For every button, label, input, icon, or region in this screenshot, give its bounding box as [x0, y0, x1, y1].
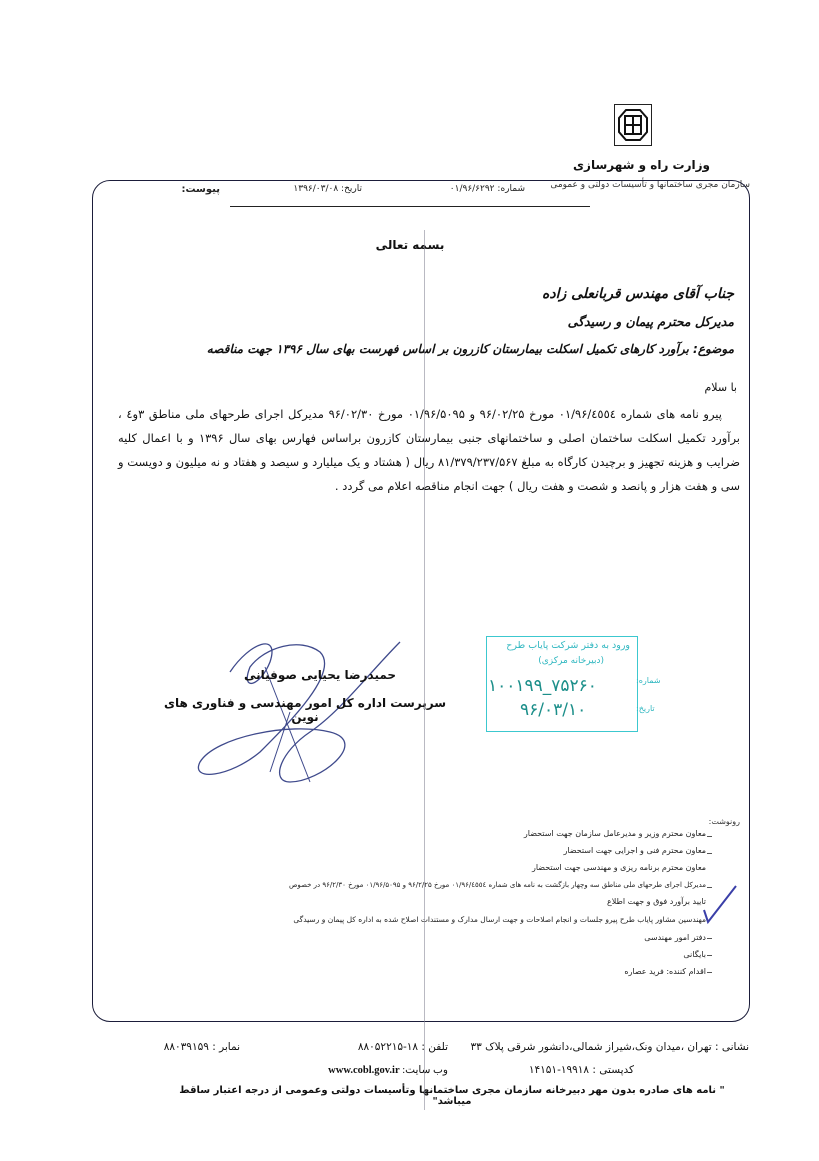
copy-item: مهندسین مشاور پایاب طرح پیرو جلسات و انج… [293, 915, 706, 924]
copy-item: معاون محترم فنی و اجرایی جهت استحضار [563, 846, 706, 855]
footer-validity-note: " نامه های صادره بدون مهر دبیرخانه سازما… [172, 1085, 732, 1107]
footer-address: نشانی : تهران ،میدان ونک،شیراز شمالی،دان… [471, 1041, 749, 1053]
letter-date: تاریخ: ۱۳۹۶/۰۳/۰۸ [232, 184, 362, 194]
stamp-number-label: شماره: [636, 676, 661, 685]
stamp-date-label: تاریخ: [636, 704, 655, 713]
signatory-title: سرپرست اداره کل امور مهندسی و فناوری های… [150, 696, 460, 724]
greeting: با سلام [704, 381, 737, 394]
copies-list: معاون محترم وزیر و مدیرعامل سازمان جهت ا… [186, 829, 706, 979]
copies-title: رونوشت: [700, 817, 740, 826]
copy-item: بایگانی [683, 950, 706, 959]
date-value: ۱۳۹۶/۰۳/۰۸ [293, 184, 338, 194]
stamp-number: ۱۰۰۱۹۹_۷۵۲۶۰ [488, 676, 628, 696]
date-label: تاریخ: [341, 184, 362, 194]
website-label: وب سایت: [402, 1065, 448, 1076]
letter-number: شماره: ۰۱/۹۶/۶۲۹۲ [385, 184, 525, 194]
copy-item: مدیرکل اجرای طرحهای ملی مناطق سه وچهار ب… [289, 881, 706, 889]
ministry-emblem-icon [614, 104, 652, 146]
body-paragraph: پیرو نامه های شماره ۰۱/۹۶/٤٥٥٤ مورخ ۹۶/۰… [118, 402, 740, 498]
header-divider [230, 206, 590, 207]
checkmark-icon [700, 882, 740, 926]
stamp-date: ۹۶/۰۳/۱۰ [520, 700, 630, 720]
website-link[interactable]: www.cobl.gov.ir [328, 1065, 399, 1076]
attachment-label: پیوست: [160, 184, 220, 195]
footer-phone: تلفن : ۱۸-۸۸۰۵۲۲۱۵ [298, 1041, 448, 1053]
number-value: ۰۱/۹۶/۶۲۹۲ [450, 184, 495, 194]
bullet-icon [707, 938, 712, 939]
stamp-line2: (دبیرخانه مرکزی) [494, 656, 604, 666]
footer-postal-code: کدپستی : ۱۹۹۱۸-۱۴۱۵۱ [529, 1064, 634, 1076]
copy-item: تایید برآورد فوق و جهت اطلاع [607, 897, 706, 906]
addressee-name: جناب آقای مهندس قربانعلی زاده [542, 286, 734, 302]
copy-item: اقدام کننده: فرید عصاره [624, 967, 706, 976]
stamp-line1: ورود به دفتر شرکت پایاب طرح [494, 640, 630, 651]
signatory-name: حمیدرضا یحیایی صوفیانی [220, 668, 420, 682]
footer-website: وب سایت: www.cobl.gov.ir [298, 1064, 448, 1076]
bullet-icon [707, 972, 712, 973]
ministry-name: وزارت راه و شهرسازی [560, 158, 710, 172]
subject-line: موضوع: برآورد کارهای تکمیل اسکلت بیمارست… [154, 342, 734, 356]
bullet-icon [707, 853, 712, 854]
copy-item: دفتر امور مهندسی [644, 933, 706, 942]
footer-fax: نمابر : ۸۸۰۳۹۱۵۹ [140, 1041, 240, 1053]
bullet-icon [707, 955, 712, 956]
number-label: شماره: [497, 184, 525, 194]
copy-item: معاون محترم وزیر و مدیرعامل سازمان جهت ا… [524, 829, 706, 838]
bullet-icon [707, 836, 712, 837]
letter-body: پیرو نامه های شماره ۰۱/۹۶/٤٥٥٤ مورخ ۹۶/۰… [118, 402, 740, 498]
copy-item: معاون محترم برنامه ریزی و مهندسی جهت است… [532, 863, 706, 872]
addressee-title: مدیرکل محترم پیمان و رسیدگی [568, 314, 734, 329]
scan-artifact-line [424, 230, 425, 1110]
basmala: بسمه تعالی [340, 238, 480, 252]
